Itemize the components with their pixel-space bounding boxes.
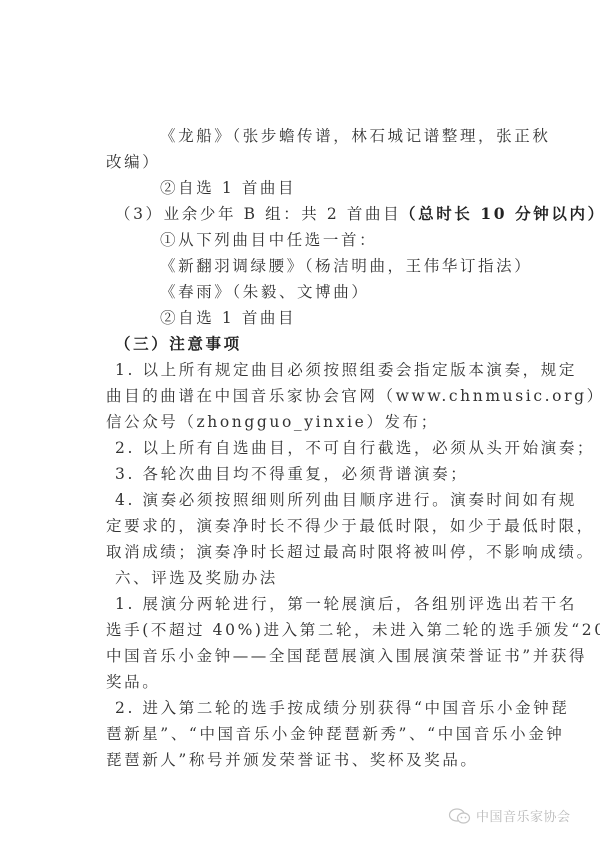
text-line: 2. 以上所有自选曲目，不可自行截选，必须从头开始演奏； bbox=[115, 438, 595, 458]
watermark: 中国音乐家协会 bbox=[448, 806, 571, 825]
text-line: 选手(不超过 40%)进入第二轮，未进入第二轮的选手颁发“2022 bbox=[106, 620, 600, 640]
text-line: 《春雨》（朱毅、文博曲） bbox=[160, 282, 369, 302]
text-line: 定要求的，演奏净时长不得少于最低时限，如少于最低时限， bbox=[106, 516, 595, 536]
text-line: 1. 展演分两轮进行，第一轮展演后，各组别评选出若干名 bbox=[115, 594, 577, 614]
text-line: 取消成绩；演奏净时长超过最高时限将被叫停，不影响成绩。 bbox=[106, 542, 595, 562]
text-line: 1. 以上所有规定曲目必须按照组委会指定版本演奏，规定 bbox=[115, 360, 577, 380]
text-line: 奖品。 bbox=[106, 672, 160, 692]
text-line: ②自选 1 首曲目 bbox=[160, 178, 296, 198]
text-line: 琵琶新人”称号并颁发荣誉证书、奖杯及奖品。 bbox=[106, 750, 479, 770]
text-line: （总时长 10 分钟以内） bbox=[400, 204, 600, 224]
text-line: ①从下列曲目中任选一首： bbox=[160, 230, 377, 250]
text-line: 3. 各轮次曲目均不得重复，必须背谱演奏； bbox=[115, 464, 468, 484]
wechat-icon bbox=[448, 807, 472, 825]
text-line: 曲目的曲谱在中国音乐家协会官网（www.chnmusic.org）和微 bbox=[106, 386, 600, 406]
text-line: 信公众号（zhongguo_yinxie）发布； bbox=[106, 412, 439, 432]
text-line: 《龙船》（张步蟾传谱，林石城记谱整理，张正秋 bbox=[160, 126, 550, 146]
text-line: ②自选 1 首曲目 bbox=[160, 308, 296, 328]
watermark-text: 中国音乐家协会 bbox=[476, 806, 571, 825]
text-line: 琶新星”、“中国音乐小金钟琵琶新秀”、“中国音乐小金钟 bbox=[106, 724, 564, 744]
document-page: 《龙船》（张步蟾传谱，林石城记谱整理，张正秋改编）②自选 1 首曲目（3）业余少… bbox=[0, 0, 600, 848]
text-line: 4. 演奏必须按照细则所列曲目顺序进行。演奏时间如有规 bbox=[115, 490, 577, 510]
text-line: 《新翻羽调绿腰》（杨洁明曲，王伟华订指法） bbox=[160, 256, 532, 276]
text-line: 中国音乐小金钟——全国琵琶展演入围展演荣誉证书”并获得 bbox=[106, 646, 587, 666]
text-line: （3）业余少年 B 组：共 2 首曲目 bbox=[115, 204, 401, 224]
text-line: 六、评选及奖励办法 bbox=[115, 568, 278, 588]
text-line: 改编） bbox=[106, 152, 160, 172]
text-line: 2. 进入第二轮的选手按成绩分别获得“中国音乐小金钟琵 bbox=[115, 698, 569, 718]
text-line: （三）注意事项 bbox=[115, 334, 242, 354]
